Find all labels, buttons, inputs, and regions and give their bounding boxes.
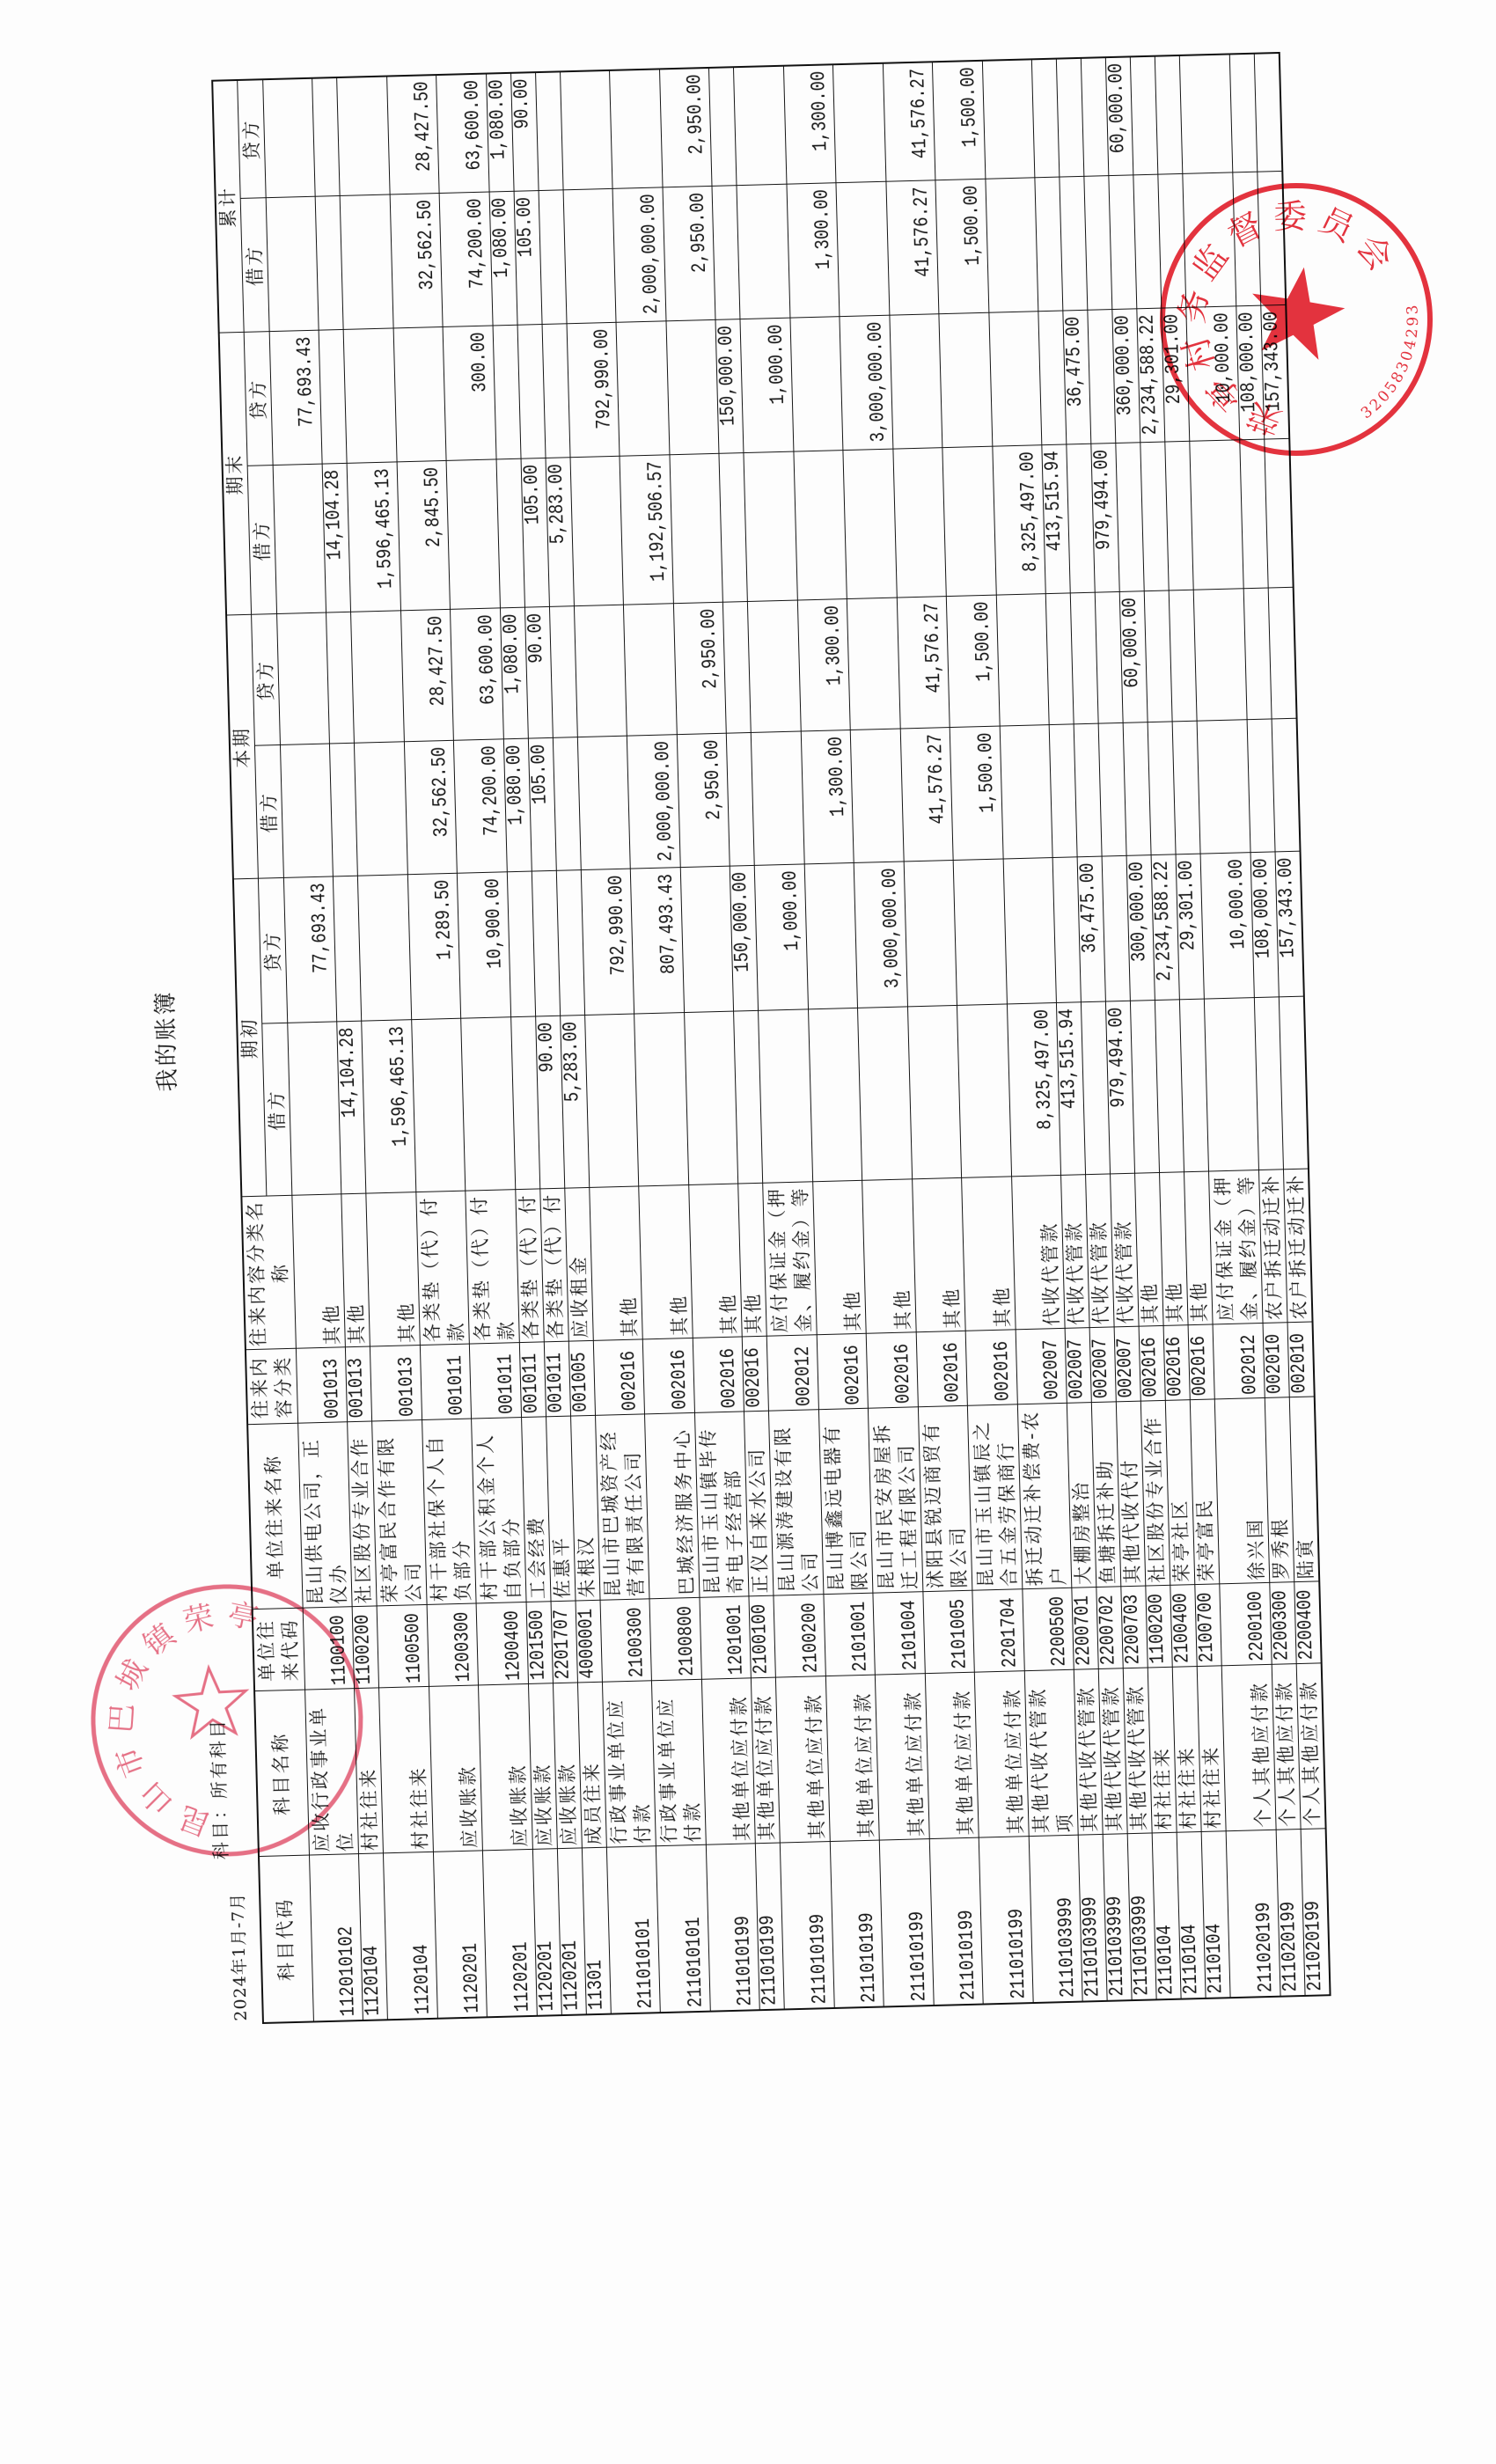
closing-debit-value: 413,515.94 xyxy=(1042,451,1069,592)
account-code-value: 2110104 xyxy=(1202,1834,1230,1994)
cell-closing-credit xyxy=(988,312,1041,446)
page-title: 我的账簿 xyxy=(150,926,184,1155)
header-account-code-label: 科目代码 xyxy=(260,1856,312,2022)
cell-account-name: 其他代收代管款项 xyxy=(1024,1670,1078,1837)
cumulative-credit-value: 28,427.50 xyxy=(408,81,439,192)
category-code-value: 001013 xyxy=(392,1348,422,1418)
closing-debit-value: 105.00 xyxy=(521,464,548,605)
account-code-value: 11301 xyxy=(582,1850,610,2010)
cumulative-credit-value: 2,950.00 xyxy=(681,74,712,185)
opening-debit-value: 5,283.00 xyxy=(561,1022,589,1187)
cell-account-code: 112010102 xyxy=(309,1854,363,2021)
party-name-value: 社区股份专业合作 xyxy=(1141,1401,1170,1583)
account-name-value: 其他单位应付款 xyxy=(727,1679,755,1842)
account-name-value: 行政事业单位应付款 xyxy=(653,1680,705,1843)
party-code-value: 2100100 xyxy=(749,1598,774,1675)
cell-category-name: 其他 xyxy=(639,1185,693,1339)
category-name-value: 其他 xyxy=(714,1184,741,1335)
cell-closing-credit xyxy=(666,320,719,455)
cell-period-debit xyxy=(726,733,754,867)
cell-account-name: 成员往来 xyxy=(577,1683,606,1849)
period-debit-value: 1,080.00 xyxy=(503,744,531,870)
closing-credit-value: 36,475.00 xyxy=(1063,316,1090,443)
account-code-value: 1120104 xyxy=(359,1856,387,2016)
party-name-value: 昆山市玉山镇辰之合五金劳保商行 xyxy=(969,1405,1021,1588)
cell-period-credit: 90.00 xyxy=(524,607,553,739)
cell-account-code: 1120104 xyxy=(383,1852,436,2020)
party-code-value: 2100300 xyxy=(621,1602,651,1678)
cumulative-credit-value: 63,600.00 xyxy=(458,80,488,191)
cell-cumulative-credit xyxy=(1229,54,1258,173)
cell-closing-credit xyxy=(393,327,446,462)
cell-closing-debit xyxy=(843,450,897,599)
account-code-value: 211020199 xyxy=(1248,1832,1280,1992)
cell-period-debit xyxy=(280,744,333,877)
category-code-value: 002016 xyxy=(664,1340,694,1410)
cell-category-name: 其他 xyxy=(1135,1173,1164,1327)
cell-account-name: 村社往来 xyxy=(379,1687,433,1853)
cell-period-debit: 41,576.27 xyxy=(900,728,953,862)
cell-period-credit: 1,500.00 xyxy=(946,596,999,728)
cell-opening-credit xyxy=(904,861,957,1007)
cumulative-credit-value: 41,576.27 xyxy=(904,68,935,179)
account-code-value: 211020199 xyxy=(1301,1831,1329,1991)
account-code-value: 211010199 xyxy=(756,1845,784,2006)
cell-account-code: 2110104 xyxy=(1201,1831,1230,1998)
cell-period-debit xyxy=(1172,722,1200,855)
cell-closing-credit xyxy=(789,317,842,451)
cell-closing-credit xyxy=(493,326,521,460)
account-name-value: 村社往来 xyxy=(1198,1667,1226,1830)
cell-party-code: 2100100 xyxy=(749,1596,775,1679)
cell-period-debit xyxy=(1000,725,1052,859)
party-name-value: 村干部公积金个人自负部分 xyxy=(473,1419,525,1601)
cell-party-name: 村干部社保个人自负部分 xyxy=(422,1419,476,1605)
cell-closing-credit: 3,000,000.00 xyxy=(840,316,892,451)
cell-cumulative-credit xyxy=(708,67,737,187)
account-code-value: 1120201 xyxy=(532,1852,561,2012)
cell-category-name: 代收代管款 xyxy=(1111,1174,1140,1328)
cell-cumulative-credit xyxy=(1056,58,1084,178)
cell-category-code: 002016 xyxy=(866,1332,918,1408)
cell-opening-debit: 14,104.28 xyxy=(337,1022,366,1195)
account-code-value: 1120201 xyxy=(454,1853,486,2013)
account-code-value: 211010199 xyxy=(950,1840,982,2000)
period-credit-value: 41,576.27 xyxy=(918,603,949,727)
party-code-value: 1100500 xyxy=(399,1607,429,1683)
debit-label: 借方 xyxy=(255,745,282,878)
opening-credit-value: 792,990.00 xyxy=(602,875,634,1013)
closing-debit-value: 8,325,497.00 xyxy=(1014,451,1045,593)
account-code-value: 211010199 xyxy=(727,1846,759,2006)
period-debit-value: 2,000,000.00 xyxy=(649,741,679,867)
cell-account-name: 应收账款 xyxy=(528,1683,557,1850)
cell-opening-debit xyxy=(287,1022,341,1195)
closing-credit-value: 1,000.00 xyxy=(762,324,793,451)
cell-cumulative-credit xyxy=(1155,55,1183,175)
cell-cumulative-credit xyxy=(1130,56,1158,176)
opening-credit-value: 77,693.43 xyxy=(304,883,336,1021)
cell-category-code: 002016 xyxy=(593,1339,645,1415)
cell-account-code: 1120201 xyxy=(433,1851,487,2018)
cell-account-code: 211010199 xyxy=(979,1837,1032,2004)
cell-cumulative-debit xyxy=(836,182,889,317)
category-code-value: 002007 xyxy=(1037,1331,1067,1400)
cell-opening-credit xyxy=(1102,856,1130,1002)
account-name-value: 个人其他应付款 xyxy=(1247,1665,1275,1828)
cell-cumulative-debit: 1,500.00 xyxy=(935,180,988,314)
party-name-value: 鱼塘拆迁补助 xyxy=(1092,1403,1120,1585)
cell-cumulative-credit xyxy=(610,69,663,188)
party-code-value: 2101005 xyxy=(944,1593,974,1669)
account-name-value: 其他单位应付款 xyxy=(801,1677,829,1840)
account-name-value: 个人其他应付款 xyxy=(1272,1665,1300,1828)
cell-closing-credit xyxy=(1038,311,1067,445)
cell-period-credit xyxy=(1268,588,1296,720)
period-credit-value: 2,950.00 xyxy=(694,608,725,732)
cell-period-debit xyxy=(1098,723,1126,857)
cell-account-code: 2110103999 xyxy=(1078,1835,1107,2002)
party-code-value: 2100400 xyxy=(1170,1588,1196,1664)
category-name-value: 各类垫（代）付款 xyxy=(467,1191,518,1341)
account-name-value: 应收账款 xyxy=(529,1684,557,1847)
cell-closing-credit xyxy=(1088,310,1116,444)
opening-credit-value: 300,000.00 xyxy=(1127,862,1155,1000)
cell-opening-credit: 157,343.00 xyxy=(1275,852,1304,998)
account-code-value: 211010199 xyxy=(1001,1839,1032,1999)
cell-opening-debit: 413,515.94 xyxy=(1056,1002,1085,1176)
cell-category-code: 002016 xyxy=(642,1338,694,1414)
party-name-value: 徐兴国 xyxy=(1240,1398,1268,1580)
cell-period-credit xyxy=(1095,592,1123,724)
cell-cumulative-debit xyxy=(712,186,740,320)
period-label: 2024年1月-7月 xyxy=(227,1892,252,2021)
cell-party-name: 昆山市玉山镇辰之合五金劳保商行 xyxy=(967,1404,1022,1590)
closing-debit-value: 1,596,465.13 xyxy=(369,468,400,610)
cell-party-name: 沭阳县锐迈商贸有限公司 xyxy=(918,1406,972,1592)
closing-credit-value: 792,990.00 xyxy=(588,328,619,455)
cell-category-code: 001011 xyxy=(469,1343,521,1419)
account-name-value: 其他单位应付款 xyxy=(900,1675,928,1837)
header-cumulative-debit: 借方 xyxy=(240,198,268,333)
cell-party-code: 2100800 xyxy=(649,1598,701,1681)
account-code-value: 211010101 xyxy=(678,1847,709,2007)
cell-opening-credit xyxy=(1003,858,1057,1004)
opening-credit-value: 150,000.00 xyxy=(730,871,758,1009)
period-credit-value: 63,600.00 xyxy=(472,614,502,738)
category-code-value: 002016 xyxy=(888,1335,918,1404)
account-code-value: 211010199 xyxy=(851,1843,883,2003)
cumulative-debit-value: 1,300.00 xyxy=(808,189,839,316)
credit-label: 贷方 xyxy=(245,333,272,466)
star-icon xyxy=(1252,268,1345,360)
cell-cumulative-debit xyxy=(563,189,616,324)
cell-category-code: 002016 xyxy=(1139,1326,1165,1402)
account-name-value: 其他单位应付款 xyxy=(1000,1672,1028,1835)
cell-period-debit: 1,080.00 xyxy=(503,739,532,873)
cell-opening-credit: 10,000.00 xyxy=(1200,853,1254,999)
category-name-value: 其他 xyxy=(341,1194,369,1345)
cell-party-code: 1100500 xyxy=(377,1605,429,1688)
category-code-value: 002010 xyxy=(1263,1325,1288,1395)
cell-cumulative-debit: 105.00 xyxy=(514,191,542,326)
cell-opening-debit xyxy=(907,1006,962,1179)
cell-period-debit: 32,562.50 xyxy=(404,741,457,875)
period-debit-value: 32,562.50 xyxy=(425,746,456,872)
account-code-value: 1120201 xyxy=(504,1852,536,2012)
cell-closing-debit xyxy=(496,459,524,609)
cell-account-code: 2110103999 xyxy=(1127,1833,1156,2000)
cell-account-name: 其他单位应付款 xyxy=(775,1676,829,1843)
opening-credit-value: 1,000.00 xyxy=(776,870,808,1008)
account-name-value: 其他代收代管款项 xyxy=(1026,1670,1078,1833)
period-credit-value xyxy=(1292,593,1295,716)
cell-account-name: 其他单位应付款 xyxy=(825,1676,879,1842)
header-account-code: 科目代码 xyxy=(259,1856,313,2023)
header-opening-credit: 贷方 xyxy=(259,878,288,1024)
cell-cumulative-debit: 32,562.50 xyxy=(390,194,443,328)
cell-account-name: 应收账款 xyxy=(429,1685,482,1852)
category-code-value: 002016 xyxy=(743,1338,768,1408)
cell-closing-credit xyxy=(517,325,546,459)
scanned-page: { "document": { "title": "我的账簿", "period… xyxy=(0,0,1496,2464)
header-closing-credit: 贷方 xyxy=(244,332,272,466)
party-name-value: 陆寅 xyxy=(1289,1397,1317,1580)
cell-party-code: 2100300 xyxy=(600,1599,652,1682)
cell-account-name: 村社往来 xyxy=(1148,1668,1177,1834)
cell-cumulative-credit xyxy=(1254,53,1282,172)
cell-opening-credit: 792,990.00 xyxy=(581,869,634,1016)
cell-opening-credit: 108,000.00 xyxy=(1250,852,1279,998)
cell-account-code: 211010199 xyxy=(706,1844,759,2011)
account-code-value: 1120104 xyxy=(405,1854,436,2014)
cell-closing-debit: 5,283.00 xyxy=(546,458,574,607)
account-code-value: 211020199 xyxy=(1276,1832,1304,1992)
cell-category-code: 002016 xyxy=(916,1331,968,1407)
account-name-value: 成员往来 xyxy=(577,1683,605,1845)
category-code-value: 001013 xyxy=(317,1350,347,1419)
cell-closing-credit xyxy=(616,321,669,456)
opening-credit-value: 36,475.00 xyxy=(1078,862,1105,1001)
cell-opening-debit xyxy=(957,1004,1011,1177)
cell-period-debit xyxy=(1049,724,1077,858)
cell-account-name: 应收账款 xyxy=(479,1684,532,1851)
period-credit-value: 60,000.00 xyxy=(1120,598,1148,722)
category-name-value: 其他 xyxy=(1184,1172,1212,1323)
cell-closing-credit xyxy=(319,330,347,465)
cell-cumulative-debit xyxy=(1084,176,1112,311)
cell-category-name: 其他 xyxy=(341,1194,370,1348)
closing-debit-value: 14,104.28 xyxy=(323,469,350,611)
cell-category-name: 代收代管款 xyxy=(1011,1176,1065,1330)
cell-period-debit: 1,300.00 xyxy=(801,730,854,864)
account-code-value: 2110103999 xyxy=(1079,1837,1107,1997)
cell-party-code: 2200701 xyxy=(1072,1588,1098,1670)
cell-closing-debit: 1,192,506.57 xyxy=(620,455,673,605)
cell-period-credit xyxy=(1243,588,1272,720)
cell-opening-debit xyxy=(584,1015,639,1188)
account-name-value: 其他代收代管款 xyxy=(1124,1668,1152,1831)
cell-period-credit xyxy=(549,606,577,738)
cell-closing-debit xyxy=(570,457,624,606)
cell-category-code: 001011 xyxy=(544,1342,570,1418)
cell-category-name: 代收代管款 xyxy=(1061,1175,1090,1329)
category-code-value: 002016 xyxy=(614,1342,644,1412)
opening-debit-value: 90.00 xyxy=(536,1022,564,1187)
cell-category-name: 其他 xyxy=(738,1184,767,1338)
cell-opening-credit: 1,289.50 xyxy=(407,874,461,1020)
cell-closing-debit xyxy=(1067,444,1095,594)
cumulative-debit-value: 1,500.00 xyxy=(957,185,987,312)
cell-cumulative-credit xyxy=(982,59,1035,179)
cell-opening-debit: 979,494.00 xyxy=(1105,1001,1134,1175)
account-code-value: 211010101 xyxy=(627,1849,659,2009)
cell-cumulative-credit: 90.00 xyxy=(510,72,539,192)
cell-period-credit xyxy=(326,612,355,744)
category-code-value: 002007 xyxy=(1090,1330,1116,1399)
party-name-value: 昆山源涛建设有限公司 xyxy=(770,1411,822,1593)
cell-period-debit: 74,200.00 xyxy=(453,739,506,873)
cell-closing-credit xyxy=(889,314,942,449)
cell-party-code: 1100200 xyxy=(1146,1586,1172,1668)
cell-opening-credit: 77,693.43 xyxy=(283,876,337,1023)
account-name-value: 村社往来 xyxy=(405,1687,433,1850)
cell-opening-credit: 10,900.00 xyxy=(457,872,510,1018)
cell-cumulative-debit: 1,080.00 xyxy=(489,192,517,326)
cell-opening-credit xyxy=(556,870,584,1016)
cell-closing-debit xyxy=(669,454,722,604)
cell-cumulative-debit xyxy=(266,197,319,332)
cell-party-name: 徐兴国 xyxy=(1214,1398,1269,1584)
cell-cumulative-credit xyxy=(1179,54,1232,173)
cell-category-code: 001013 xyxy=(296,1347,348,1423)
cell-category-name: 其他 xyxy=(589,1186,642,1340)
header-period-debit: 借方 xyxy=(255,745,283,879)
cell-category-code: 002007 xyxy=(1065,1328,1091,1404)
cell-cumulative-credit xyxy=(312,77,341,197)
category-code-value: 001011 xyxy=(441,1346,471,1416)
cell-account-code: 211010199 xyxy=(929,1838,983,2006)
credit-label: 贷方 xyxy=(253,615,280,746)
party-name-value: 罗秀根 xyxy=(1265,1398,1293,1580)
cell-account-name: 其他代收代管款 xyxy=(1074,1669,1103,1836)
category-code-value: 002007 xyxy=(1066,1331,1091,1400)
cell-closing-credit: 300.00 xyxy=(443,326,495,460)
cell-closing-debit: 413,515.94 xyxy=(1042,444,1070,594)
category-name-value: 农户拆迁动迁补 xyxy=(1259,1170,1287,1321)
community-seal: 昆山市巴城镇荣亭 xyxy=(74,1567,381,1874)
account-code-value: 2110104 xyxy=(1177,1834,1206,1994)
cell-period-credit xyxy=(574,605,627,737)
closing-debit-value: 979,494.00 xyxy=(1091,449,1118,590)
cell-account-name: 其他单位应付款 xyxy=(751,1678,780,1844)
cell-opening-debit: 5,283.00 xyxy=(560,1016,589,1189)
cell-cumulative-credit xyxy=(733,66,786,186)
category-code-value: 002012 xyxy=(788,1338,818,1407)
category-code-value: 001011 xyxy=(519,1345,545,1414)
cell-opening-debit xyxy=(1204,998,1258,1171)
party-name-value: 昆山市民安房屋拆迁工程有限公司 xyxy=(869,1408,921,1590)
cell-party-name: 昆山市巴城资产经营有限责任公司 xyxy=(595,1414,649,1600)
cell-period-credit xyxy=(1070,593,1098,725)
cell-cumulative-credit: 2,950.00 xyxy=(659,68,712,187)
category-name-value: 其他 xyxy=(1160,1173,1187,1324)
cell-category-name: 各类垫（代）付款 xyxy=(466,1190,519,1344)
cell-cumulative-credit xyxy=(1081,57,1109,177)
cell-closing-credit: 36,475.00 xyxy=(1063,311,1091,445)
cell-category-name: 其他 xyxy=(962,1177,1016,1331)
cell-category-code: 002016 xyxy=(1188,1324,1214,1400)
account-name-value: 其他单位应付款 xyxy=(851,1676,879,1838)
cell-period-debit xyxy=(329,744,357,877)
cell-party-code: 2101004 xyxy=(873,1592,925,1675)
party-code-value: 1100200 xyxy=(1146,1588,1171,1664)
cell-account-name: 个人其他应付款 xyxy=(1296,1663,1325,1830)
cell-cumulative-debit xyxy=(315,196,343,331)
party-code-value: 2201704 xyxy=(994,1592,1023,1668)
party-code-value: 2200300 xyxy=(1270,1585,1295,1661)
opening-credit-value: 29,301.00 xyxy=(1177,860,1204,998)
party-name-value: 正仪自来水公司 xyxy=(744,1412,773,1594)
cell-account-name: 其他单位应付款 xyxy=(925,1673,979,1839)
closing-debit-value: 1,192,506.57 xyxy=(642,461,673,603)
cell-cumulative-credit xyxy=(560,70,612,190)
cell-opening-debit xyxy=(759,1009,813,1183)
cumulative-credit-value: 60,000.00 xyxy=(1106,62,1133,173)
account-name-value: 其他单位应付款 xyxy=(752,1678,780,1841)
cell-account-code: 211020199 xyxy=(1226,1830,1280,1998)
header-cumulative-credit: 贷方 xyxy=(238,79,266,199)
cell-period-credit xyxy=(1169,590,1197,722)
cell-period-debit: 2,950.00 xyxy=(677,734,730,868)
cell-party-code: 2200400 xyxy=(1294,1581,1321,1664)
cell-opening-debit xyxy=(858,1007,913,1180)
period-debit-value: 74,200.00 xyxy=(475,745,506,871)
cell-opening-debit xyxy=(684,1012,738,1185)
cell-closing-debit xyxy=(719,453,747,603)
party-code-value: 2101001 xyxy=(845,1595,875,1672)
cell-party-code: 1201001 xyxy=(699,1596,751,1679)
party-code-value: 1200400 xyxy=(498,1604,528,1681)
cell-opening-debit xyxy=(634,1013,689,1186)
account-name-value: 其他单位应付款 xyxy=(950,1673,979,1836)
cell-account-name: 村社往来 xyxy=(1197,1666,1226,1832)
cell-cumulative-credit xyxy=(262,78,315,198)
category-code-value: 001011 xyxy=(491,1346,521,1415)
cell-opening-credit: 1,000.00 xyxy=(754,864,808,1010)
category-name-value: 其他 xyxy=(614,1187,642,1338)
cell-opening-credit xyxy=(804,863,858,1009)
party-name-value: 巴城经济服务中心 xyxy=(671,1413,699,1595)
category-name-value: 其他 xyxy=(888,1180,915,1331)
cell-party-name: 拆迁动迁补偿费-农户 xyxy=(1017,1404,1072,1589)
cell-opening-credit xyxy=(532,871,560,1017)
account-code-value: 2110103999 xyxy=(1050,1837,1082,1998)
category-code-value: 002016 xyxy=(1140,1328,1165,1397)
category-code-value: 002010 xyxy=(1287,1324,1313,1394)
cell-party-code: 2100700 xyxy=(1195,1584,1221,1667)
cell-opening-credit: 807,493.43 xyxy=(630,868,684,1014)
closing-debit-value: 5,283.00 xyxy=(546,464,573,605)
cell-category-name: 各类垫（代）付款 xyxy=(415,1192,469,1346)
category-name-value: 其他 xyxy=(987,1177,1015,1328)
category-name-value: 代收代管款 xyxy=(1061,1176,1089,1326)
opening-debit-value: 979,494.00 xyxy=(1106,1007,1134,1172)
opening-credit-value: 10,000.00 xyxy=(1222,859,1254,997)
cell-category-code: 002016 xyxy=(693,1337,744,1412)
cell-period-debit xyxy=(553,737,581,871)
account-code-value: 2110103999 xyxy=(1104,1837,1132,1997)
